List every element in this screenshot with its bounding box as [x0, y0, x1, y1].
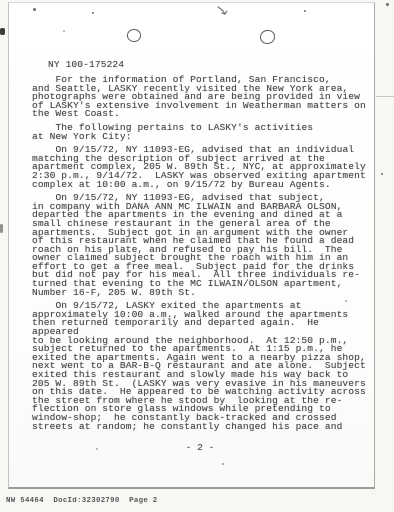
scan-speck [33, 8, 36, 11]
paragraph-restaurant: On 9/15/72, NY 11093-EG, advised that su… [32, 194, 368, 297]
scan-speck [92, 12, 94, 14]
hole-punch-icon [259, 29, 275, 44]
scanned-document: NY 100-175224 For the information of Por… [0, 0, 394, 512]
scan-scratch [376, 96, 394, 97]
paragraph-heading: The following pertains to LASKY's activi… [32, 124, 368, 141]
scan-speck [286, 418, 288, 420]
file-number: NY 100-175224 [48, 60, 368, 69]
footer-stamp: NW 54464 DocId:32302790 Page 2 [6, 497, 158, 505]
scan-speck [63, 30, 65, 32]
paragraph-arrival: On 9/15/72, NY 11093-EG, advised that an… [32, 146, 368, 189]
scan-speck [222, 463, 224, 465]
hole-punch-icon [126, 28, 142, 43]
scan-speck [381, 173, 383, 175]
scan-speck [345, 300, 347, 302]
document-page: NY 100-175224 For the information of Por… [8, 2, 375, 489]
scan-speck [304, 10, 306, 12]
page-number: - 2 - [32, 442, 368, 453]
scan-speck [386, 3, 389, 6]
paragraph-surveillance: On 9/15/72, LASKY exited the apartments … [32, 302, 368, 431]
scan-speck [96, 448, 98, 450]
pen-mark-icon [216, 4, 232, 20]
scan-blemish [0, 224, 3, 233]
typewritten-text: NY 100-175224 For the information of Por… [32, 60, 368, 436]
scan-blemish [0, 28, 5, 35]
paragraph-intro: For the information of Portland, San Fra… [32, 76, 368, 119]
